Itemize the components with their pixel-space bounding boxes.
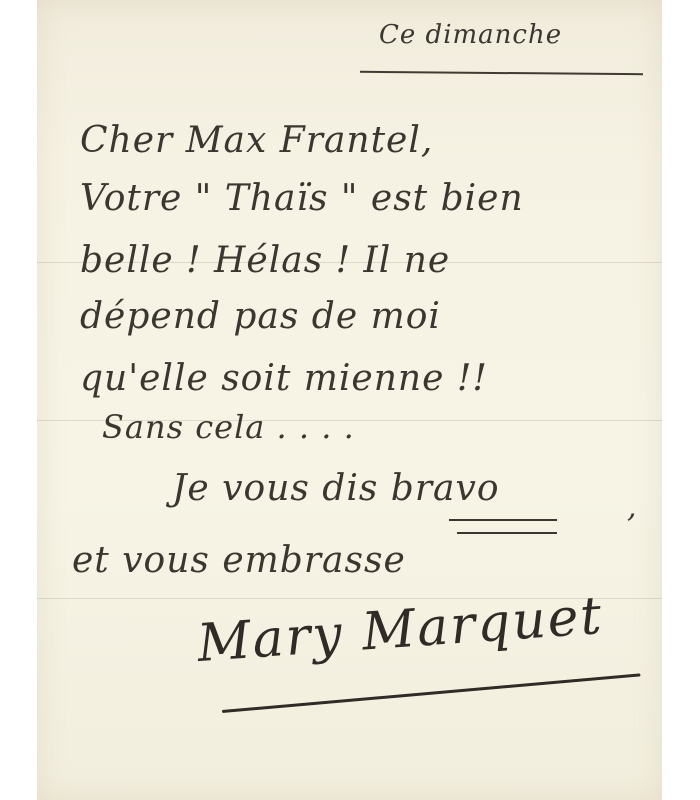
signature: Mary Marquet	[195, 586, 605, 674]
body-line: belle ! Hélas ! Il ne	[80, 240, 450, 281]
body-line: Votre " Thaïs " est bien	[80, 178, 524, 219]
closing-line: et vous embrasse	[72, 540, 406, 581]
date-line: Ce dimanche	[379, 20, 562, 50]
date-underline	[360, 71, 643, 75]
bravo-underline	[457, 532, 557, 534]
trailing-comma: ,	[627, 490, 638, 525]
salutation: Cher Max Frantel,	[80, 120, 433, 161]
letter-paper: Ce dimanche Cher Max Frantel, Votre " Th…	[37, 0, 662, 800]
signature-underline	[222, 673, 641, 713]
body-line: dépend pas de moi	[80, 296, 441, 337]
body-line: qu'elle soit mienne !!	[80, 358, 488, 399]
body-line: Sans cela . . . .	[102, 408, 355, 446]
bravo-underline	[449, 519, 557, 521]
body-line: Je vous dis bravo	[172, 468, 500, 509]
